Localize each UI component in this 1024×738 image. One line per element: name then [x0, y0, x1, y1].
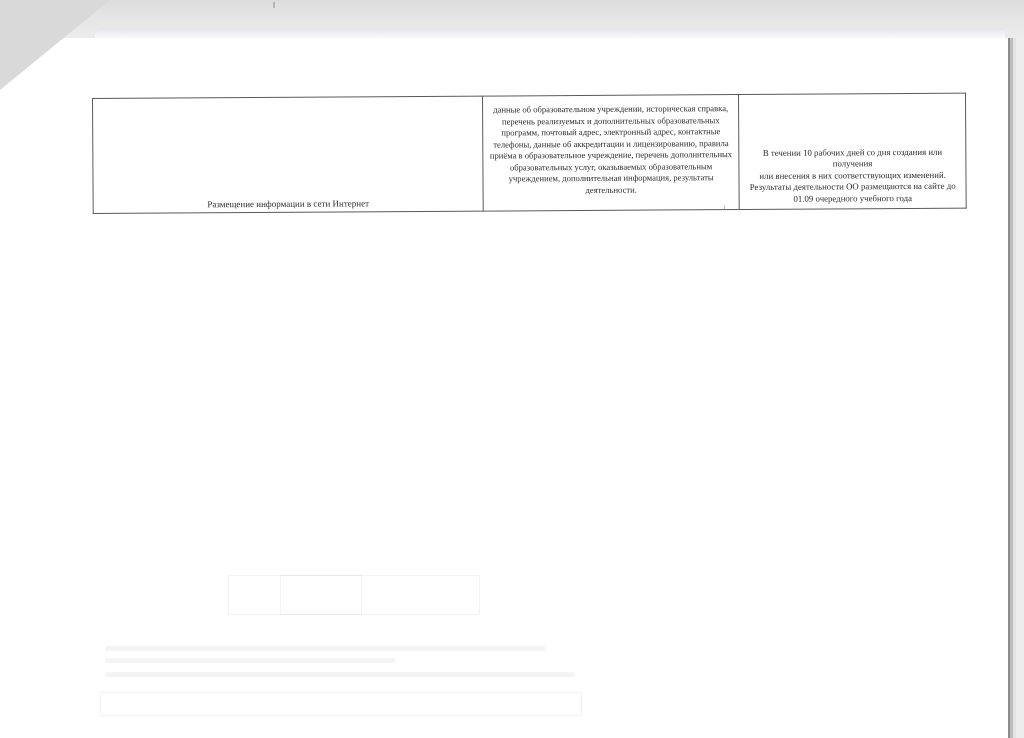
activity-name-cell: Размещение информации в сети Интернет — [93, 96, 484, 213]
bleed-through-text — [105, 646, 545, 651]
content-line: данные об образовательном учреждении, ис… — [486, 103, 735, 116]
scanned-document: Размещение информации в сети Интернет да… — [0, 0, 1024, 738]
scan-speck — [273, 2, 275, 8]
activity-name: Размещение информации в сети Интернет — [207, 198, 369, 209]
page-top-edge-shadow — [95, 28, 1005, 40]
bleed-through-text — [105, 672, 575, 677]
deadline-cell: В течении 10 рабочих дней со дня создани… — [739, 93, 966, 209]
deadline-line: 01.09 очередного учебного года — [743, 192, 963, 205]
content-line: учреждением, дополнительная информация, … — [486, 172, 735, 185]
content-line: приёма в образовательное учреждение, пер… — [486, 149, 735, 162]
content-line: деятельности. — [487, 184, 736, 197]
content-line: программ, почтовый адрес, электронный ад… — [486, 126, 735, 139]
deadline-line: В течении 10 рабочих дней со дня создани… — [743, 146, 963, 170]
bleed-through-box — [100, 692, 582, 716]
table-row: Размещение информации в сети Интернет да… — [93, 93, 967, 213]
deadline-line: Результаты деятельности ОО размещаются н… — [743, 181, 963, 194]
scan-speck — [724, 205, 725, 209]
content-cell: данные об образовательном учреждении, ис… — [483, 95, 740, 212]
info-placement-table: Размещение информации в сети Интернет да… — [92, 93, 967, 214]
folded-corner — [0, 0, 110, 90]
bleed-through-box — [280, 575, 362, 615]
bleed-through-text — [105, 658, 395, 663]
